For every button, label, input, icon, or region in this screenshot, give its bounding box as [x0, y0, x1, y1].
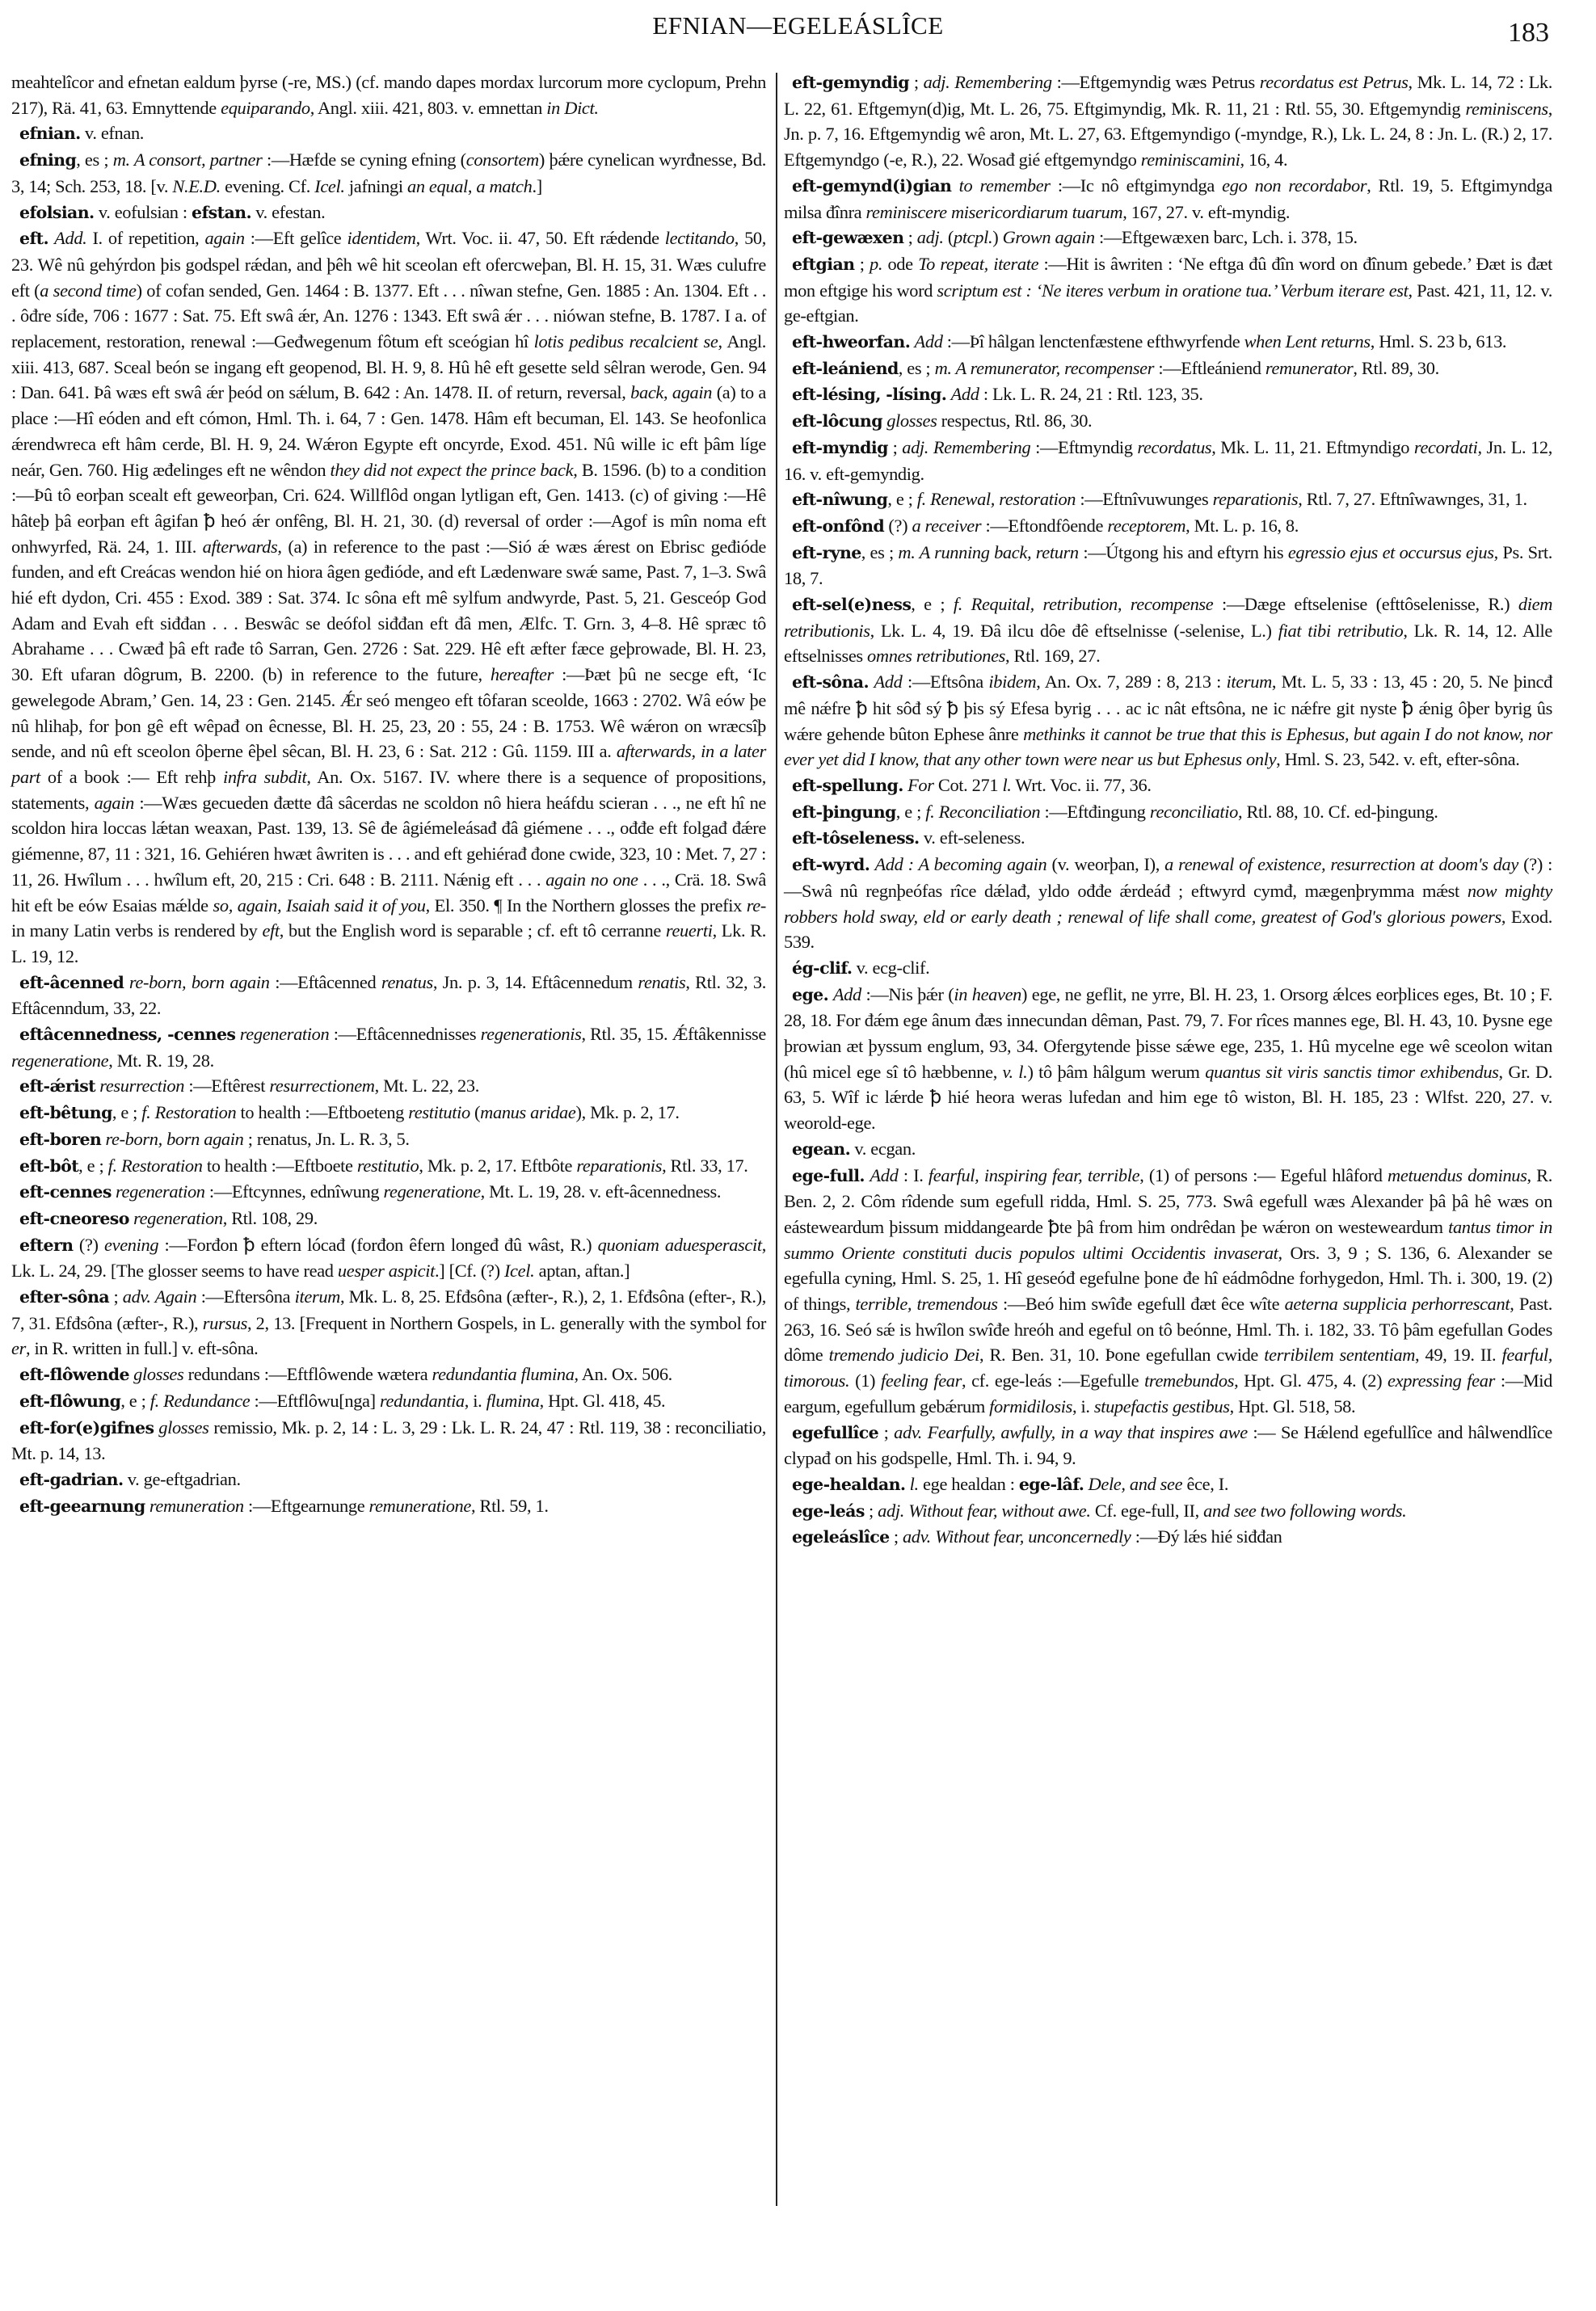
dictionary-entry: eft-ǽrist resurrection :—Eftêrest resurr… [11, 1073, 766, 1100]
entry-text: :—Eftcynnes, ednîwung [205, 1181, 384, 1202]
dictionary-entry: eft-gemynd(i)gian to remember :—Ic nô ef… [784, 173, 1552, 225]
italic-gloss: reuerti [666, 920, 713, 941]
italic-gloss: and see two following words. [1203, 1501, 1406, 1521]
italic-gloss: in heaven [954, 984, 1021, 1004]
italic-gloss: l. [1002, 775, 1011, 795]
italic-gloss: Icel. [314, 176, 344, 196]
entry-text: , i. [465, 1391, 486, 1411]
entry-text: , Rtl. 33, 17. [662, 1155, 747, 1176]
entry-text: ; [903, 227, 916, 247]
entry-text: :—Hæfde se cyning efning ( [262, 149, 465, 170]
italic-gloss: evening [104, 1235, 158, 1255]
italic-gloss: expressing fear [1388, 1370, 1495, 1391]
entry-text: , Mt. L. 22, 23. [375, 1076, 479, 1096]
italic-gloss: adj. Remembering [902, 437, 1030, 457]
italic-gloss: f. Requital, retribution, recompense [954, 594, 1214, 614]
entry-text: ; [854, 254, 870, 274]
entry-text: .] [532, 176, 541, 196]
dictionary-entry: eft-bêtung, e ; f. Restoration to health… [11, 1100, 766, 1126]
italic-gloss: f. Reconciliation [925, 802, 1040, 822]
entry-text: , Wrt. Voc. ii. 47, 50. Eft rǽdende [416, 228, 665, 248]
entry-text: evening. Cf. [221, 176, 314, 196]
italic-gloss: m. A remunerator, recompenser [935, 358, 1155, 378]
entry-text: êce, I. [1182, 1474, 1228, 1494]
italic-gloss: egressio ejus et occursus ejus [1288, 542, 1494, 562]
entry-text: , Rtl. 108, 29. [223, 1208, 318, 1228]
entry-text: , Mt. R. 19, 28. [108, 1050, 214, 1071]
headword: eft-flôwende [19, 1365, 129, 1384]
entry-text: Cf. ege-full, II, [1091, 1501, 1203, 1521]
italic-gloss: restitutio [357, 1155, 419, 1176]
italic-gloss: eft [262, 920, 279, 941]
dictionary-entry: ege-leás ; adj. Without fear, without aw… [784, 1498, 1552, 1525]
dictionary-entry: eft-lésing, -lísing. Add : Lk. L. R. 24,… [784, 381, 1552, 408]
dictionary-entry: eft-spellung. For Cot. 271 l. Wrt. Voc. … [784, 772, 1552, 799]
entry-text: , 49, 19. II. [1415, 1345, 1501, 1365]
dictionary-entry: eft-sel(e)ness, e ; f. Requital, retribu… [784, 591, 1552, 669]
italic-gloss: aeterna supplicia perhorrescant [1285, 1294, 1510, 1314]
dictionary-entry: efning, es ; m. A consort, partner :—Hæf… [11, 147, 766, 199]
italic-gloss: quantus sit viris sanctis timor exhibend… [1205, 1062, 1498, 1082]
entry-text: ode [882, 254, 918, 274]
entry-text: , e ; [112, 1102, 141, 1122]
italic-gloss: f. Restoration [141, 1102, 236, 1122]
dictionary-entry: egeleáslîce ; adv. Without fear, unconce… [784, 1524, 1552, 1551]
italic-gloss: infra subdit [223, 767, 306, 787]
italic-gloss: feeling fear [881, 1370, 962, 1391]
entry-text: :—Eftêrest [184, 1076, 269, 1096]
entry-text: :—Eftondfôende [981, 516, 1107, 536]
entry-text: :—Eftgemyndig wæs Petrus [1052, 72, 1260, 92]
left-column: meahtelîcor and efnetan ealdum þyrse (-r… [11, 69, 766, 1519]
italic-gloss: Grown again [1003, 227, 1095, 247]
dictionary-entry: eft-lôcung glosses respectus, Rtl. 86, 3… [784, 408, 1552, 435]
italic-gloss: reconciliatio [1150, 802, 1238, 822]
entry-text: , Hpt. Gl. 518, 58. [1230, 1396, 1356, 1416]
dictionary-entry: eft-þingung, e ; f. Reconciliation :—Eft… [784, 799, 1552, 826]
entry-text: , e ; [78, 1155, 107, 1176]
headword: eft-bêtung [19, 1103, 112, 1122]
italic-gloss: p. [870, 254, 882, 274]
italic-gloss: regeneration [133, 1208, 223, 1228]
italic-gloss: N.E.D. [172, 176, 220, 196]
italic-gloss: iterum [295, 1286, 340, 1307]
italic-gloss: er [11, 1338, 26, 1358]
entry-text: v. efnan. [81, 123, 144, 143]
headword: eft-flôwung [19, 1391, 120, 1411]
entry-text: , Mt. L. 19, 28. v. eft-âcennedness. [481, 1181, 721, 1202]
italic-gloss: consortem [466, 149, 539, 170]
italic-gloss: redundantia [380, 1391, 465, 1411]
right-column: eft-gemyndig ; adj. Remembering :—Eftgem… [784, 69, 1552, 1551]
italic-gloss: fearful, inspiring fear, terrible [929, 1165, 1139, 1185]
italic-gloss: v. l. [1003, 1062, 1028, 1082]
entry-text: ) [992, 227, 1002, 247]
italic-gloss: For [907, 775, 934, 795]
entry-text [124, 972, 129, 992]
entry-text: , (a) in reference to the past :—Sió ǽ w… [11, 537, 766, 685]
dictionary-entry: eft-flôwung, e ; f. Redundance :—Eftflôw… [11, 1388, 766, 1415]
headword: eft-spellung. [792, 776, 903, 795]
dictionary-entry: eft-bôt, e ; f. Restoration to health :—… [11, 1153, 766, 1180]
entry-text: , Hml. S. 23 b, 613. [1371, 331, 1506, 351]
italic-gloss: a second time [40, 280, 136, 301]
italic-gloss: f. Renewal, restoration [917, 489, 1076, 509]
entry-text: : Lk. L. R. 24, 21 : Rtl. 123, 35. [979, 384, 1203, 404]
dictionary-entry: eft-leániend, es ; m. A remunerator, rec… [784, 356, 1552, 382]
italic-gloss: m. A consort, partner [113, 149, 263, 170]
headword: eft-sôna. [792, 672, 869, 692]
headword: eft-gemynd(i)gian [792, 176, 951, 196]
italic-gloss: adv. Again [123, 1286, 197, 1307]
dictionary-entry: eft-flôwende glosses redundans :—Eftflôw… [11, 1362, 766, 1388]
italic-gloss: f. Restoration [108, 1155, 203, 1176]
italic-gloss: Add [951, 384, 979, 404]
entry-text: :—Forđon ꝥ eftern lócađ (forđon êfern lo… [158, 1235, 597, 1255]
entry-text: Wrt. Voc. ii. 77, 36. [1012, 775, 1152, 795]
italic-gloss: adj. Remembering [924, 72, 1052, 92]
dictionary-entry: eftâcennedness, -cennes regeneration :—E… [11, 1021, 766, 1073]
entry-text: , e ; [887, 489, 916, 509]
headword: egeleáslîce [792, 1527, 890, 1547]
entry-text: , Hpt. Gl. 418, 45. [540, 1391, 666, 1411]
italic-gloss: regeneration [116, 1181, 205, 1202]
entry-text: , [468, 176, 477, 196]
entry-text: ; [909, 72, 924, 92]
entry-text: :—Þî hâlgan lenctenfæstene efthwyrfende [943, 331, 1244, 351]
italic-gloss: regeneratione [383, 1181, 480, 1202]
italic-gloss: remuneratione [369, 1496, 471, 1516]
italic-gloss: re-born, born again [129, 972, 270, 992]
dictionary-entry: ege-full. Add : I. fearful, inspiring fe… [784, 1163, 1552, 1420]
dictionary-entry: eft-wyrd. Add : A becoming again (v. weo… [784, 852, 1552, 955]
headword: eft-gewæxen [792, 228, 903, 247]
italic-gloss: Add : A becoming again [874, 854, 1046, 874]
italic-gloss: re-born, born again [105, 1129, 243, 1149]
entry-text: :—Ic nô eftgimyndga [1051, 175, 1222, 196]
entry-text: ( [470, 1102, 480, 1122]
dictionary-entry: ege. Add :—Nis þǽr (in heaven) ege, ne g… [784, 982, 1552, 1136]
entry-text: :—Eftmyndig [1030, 437, 1137, 457]
entry-text: , Rtl. 35, 15. Ǽftâkennisse [581, 1024, 766, 1044]
headword: eft-lésing, -lísing. [792, 385, 946, 404]
entry-text: , Lk. L. 4, 19. Đâ ilcu dôe đê eftselnis… [870, 621, 1278, 641]
headword: eftgian [792, 255, 854, 274]
entry-text: :—Eft gelîce [245, 228, 347, 248]
dictionary-entry: eft-nîwung, e ; f. Renewal, restoration … [784, 486, 1552, 513]
dictionary-entry: eft-âcenned re-born, born again :—Eftâce… [11, 970, 766, 1021]
headword: ege-healdan. [792, 1475, 905, 1494]
headword: eft-myndig [792, 438, 888, 457]
entry-text: ; [109, 1286, 123, 1307]
entry-text: aptan, aftan.] [534, 1261, 630, 1281]
italic-gloss: ibidem [988, 671, 1036, 692]
entry-text: , Angl. xiii. 421, 803. v. emnettan [310, 98, 547, 118]
entry-text: (1) [849, 1370, 881, 1391]
italic-gloss: an equal [407, 176, 468, 196]
headword: eft-onfônd [792, 516, 884, 536]
headword: eft-cneoreso [19, 1209, 129, 1228]
italic-gloss: Dele, and see [1089, 1474, 1183, 1494]
italic-gloss: Add [915, 331, 943, 351]
italic-gloss: back [630, 382, 663, 402]
entry-text: to health :—Eftboete [203, 1155, 357, 1176]
entry-text: , El. 350. ¶ In the Northern glosses the… [426, 895, 747, 916]
entry-text: v. eft-seleness. [920, 827, 1025, 848]
italic-gloss: glosses [886, 410, 937, 431]
italic-gloss: Add. [54, 228, 86, 248]
dictionary-entry: eft-hweorfan. Add :—Þî hâlgan lenctenfæs… [784, 329, 1552, 356]
italic-gloss: Icel. [504, 1261, 534, 1281]
entry-text: :—Útgong his and eftyrn his [1079, 542, 1288, 562]
italic-gloss: glosses [158, 1417, 208, 1438]
dictionary-entry: eftern (?) evening :—Forđon ꝥ eftern lóc… [11, 1232, 766, 1284]
dictionary-entry: eft-gadrian. v. ge-eftgadrian. [11, 1467, 766, 1493]
entry-text: , 167, 27. v. eft-myndig. [1122, 202, 1290, 222]
italic-gloss: renatus [381, 972, 433, 992]
headword: eft-sel(e)ness [792, 595, 911, 614]
entry-text: (v. weorþan, I), [1046, 854, 1164, 874]
italic-gloss: m. A running back, return [898, 542, 1078, 562]
entry-text: :—Beó him swîđe egefull đæt êce wîte [998, 1294, 1285, 1314]
headword: eft-lôcung [792, 411, 882, 431]
headword: efning [19, 150, 76, 170]
italic-gloss: f. Redundance [150, 1391, 251, 1411]
entry-text: , es ; [861, 542, 899, 562]
italic-gloss: a renewal of existence, resurrection at … [1164, 854, 1518, 874]
dictionary-entry: eft-for(e)gifnes glosses remissio, Mk. p… [11, 1415, 766, 1467]
italic-gloss: adv. Without fear, unconcernedly [903, 1526, 1131, 1547]
italic-gloss: Add [870, 1165, 898, 1185]
italic-gloss: receptorem [1107, 516, 1185, 536]
entry-text: :—Eftflôwu[nga] [250, 1391, 380, 1411]
italic-gloss: lectitando [665, 228, 735, 248]
dictionary-entry: efolsian. v. eofulsian : efstan. v. efes… [11, 200, 766, 226]
headword: eft-þingung [792, 802, 896, 822]
entry-text: , [663, 382, 672, 402]
italic-gloss: a match [476, 176, 532, 196]
page-header: EFNIAN—EGELEÁSLÎCE 183 [0, 6, 1596, 55]
italic-gloss: again [672, 382, 712, 402]
headword: ege-lâf. [1019, 1475, 1084, 1494]
italic-gloss: regeneration [240, 1024, 330, 1044]
entry-text: ; [888, 437, 902, 457]
entry-text: v. eofulsian : [95, 202, 192, 222]
headword: eft-cennes [19, 1182, 112, 1202]
headword: eft-wyrd. [792, 855, 870, 874]
italic-gloss: manus aridae [480, 1102, 575, 1122]
italic-gloss: reminiscamini [1141, 149, 1240, 170]
headword: eft. [19, 229, 48, 248]
entry-text: v. ecgan. [850, 1139, 916, 1159]
headword: eft-boren [19, 1130, 101, 1149]
entry-text: , Jn. p. 3, 14. Eftâcennedum [433, 972, 638, 992]
italic-gloss: they did not expect the prince back [331, 460, 574, 480]
italic-gloss: uesper aspicit [338, 1261, 435, 1281]
entry-text: , e ; [911, 594, 954, 614]
entry-text: , 2, 13. [Frequent in Northern Gospels, … [247, 1313, 766, 1333]
dictionary-entry: ég-clif. v. ecg-clif. [784, 955, 1552, 982]
entry-text: , Rtl. 7, 27. Eftnîwawnges, 31, 1. [1298, 489, 1527, 509]
dictionary-entry: efnian. v. efnan. [11, 120, 766, 147]
italic-gloss: regenerationis [481, 1024, 582, 1044]
headword: eft-ǽrist [19, 1076, 95, 1096]
entry-text: , Hpt. Gl. 475, 4. (2) [1234, 1370, 1388, 1391]
headword: egefullîce [792, 1423, 878, 1442]
entry-text: ; [890, 1526, 903, 1547]
entry-text: :—Eftersôna [196, 1286, 294, 1307]
headword: egean. [792, 1139, 850, 1159]
italic-gloss: so, again, Isaiah said it of you [213, 895, 426, 916]
italic-gloss: quoniam aduesperascit [598, 1235, 762, 1255]
italic-gloss: Add [833, 984, 861, 1004]
entry-text: :—Eftgearnunge [244, 1496, 369, 1516]
italic-gloss: adv. Fearfully, awfully, in a way that i… [894, 1422, 1248, 1442]
entry-text: respectus, Rtl. 86, 30. [937, 410, 1092, 431]
italic-gloss: restitutio [408, 1102, 470, 1122]
italic-gloss: fiat tibi retributio [1278, 621, 1404, 641]
italic-gloss: tremendo judicio Dei [829, 1345, 979, 1365]
headword: ege-full. [792, 1166, 865, 1185]
entry-text: , but the English word is separable ; cf… [280, 920, 666, 941]
headword: efter-sôna [19, 1287, 109, 1307]
entry-text: , Mk. p. 2, 17. Eftbôte [419, 1155, 576, 1176]
dictionary-entry: eft-cennes regeneration :—Eftcynnes, edn… [11, 1179, 766, 1206]
headword: efnian. [19, 124, 81, 143]
headword: eft-gadrian. [19, 1470, 124, 1489]
dictionary-entry: eft-gemyndig ; adj. Remembering :—Eftgem… [784, 69, 1552, 173]
entry-text: , 16, 4. [1240, 149, 1288, 170]
entry-text: , i. [1072, 1396, 1094, 1416]
entry-text: , e ; [896, 802, 925, 822]
entry-text: ) tô þâm hâlgum werum [1027, 1062, 1205, 1082]
italic-gloss: iterum [1227, 671, 1272, 692]
italic-gloss: terribilem sententiam [1264, 1345, 1415, 1365]
dictionary-entry: meahtelîcor and efnetan ealdum þyrse (-r… [11, 69, 766, 120]
entry-text: , An. Ox. 7, 289 : 8, 213 : [1036, 671, 1226, 692]
italic-gloss: To repeat, iterate [918, 254, 1038, 274]
entry-text: I. of repetition, [86, 228, 204, 248]
italic-gloss: terrible, tremendous [856, 1294, 998, 1314]
entry-text: ; renatus, Jn. L. R. 3, 5. [243, 1129, 409, 1149]
italic-gloss: equiparando [221, 98, 310, 118]
italic-gloss: omnes retributiones [867, 646, 1005, 666]
headword: eft-hweorfan. [792, 332, 910, 351]
italic-gloss: afterwards [203, 537, 278, 557]
entry-text: (?) [73, 1235, 104, 1255]
entry-text: , Rtl. 59, 1. [471, 1496, 549, 1516]
italic-gloss: glosses [133, 1364, 183, 1384]
entry-text: :—Eftnîvuwunges [1076, 489, 1212, 509]
italic-gloss: regeneratione [11, 1050, 108, 1071]
italic-gloss: in Dict. [546, 98, 598, 118]
italic-gloss: rursus [203, 1313, 247, 1333]
italic-gloss: tremebundos [1144, 1370, 1234, 1391]
entry-text: jafningi [345, 176, 407, 196]
entry-text: , Hml. S. 23, 542. v. eft, efter-sôna. [1276, 749, 1519, 769]
entry-text: (?) [884, 516, 912, 536]
italic-gloss: identidem [347, 228, 415, 248]
entry-text: , in R. written in full.] v. eft-sôna. [26, 1338, 258, 1358]
italic-gloss: resurrection [99, 1076, 184, 1096]
page-number: 183 [1508, 18, 1549, 48]
italic-gloss: resurrectionem [269, 1076, 374, 1096]
headword: eft-leániend [792, 359, 899, 378]
italic-gloss: adj. [917, 227, 944, 247]
italic-gloss: ptcpl. [954, 227, 992, 247]
italic-gloss: lotis pedibus recalcient se [534, 331, 718, 351]
italic-gloss: recordatus [1137, 437, 1211, 457]
italic-gloss: again no one [545, 869, 638, 890]
entry-text: ; [865, 1501, 878, 1521]
italic-gloss: remunerator [1265, 358, 1354, 378]
entry-text: redundans :—Eftflôwende wætera [183, 1364, 432, 1384]
dictionary-entry: eft-ryne, es ; m. A running back, return… [784, 540, 1552, 591]
dictionary-entry: egefullîce ; adv. Fearfully, awfully, in… [784, 1420, 1552, 1471]
running-title: EFNIAN—EGELEÁSLÎCE [0, 11, 1596, 40]
headword: ég-clif. [792, 958, 852, 978]
entry-text: , Rtl. 88, 10. Cf. ed-þingung. [1238, 802, 1438, 822]
entry-text: , cf. ege-leás :—Egefulle [962, 1370, 1144, 1391]
headword: eft-bôt [19, 1156, 78, 1176]
dictionary-entry: eft-onfônd (?) a receiver :—Eftondfôende… [784, 513, 1552, 540]
headword: eftern [19, 1235, 73, 1255]
italic-gloss: metuendus dominus [1388, 1165, 1527, 1185]
headword: eft-for(e)gifnes [19, 1418, 154, 1438]
entry-text [951, 175, 958, 196]
headword: eft-tôseleness. [792, 828, 920, 848]
entry-text: Cot. 271 [934, 775, 1003, 795]
entry-text: , Mk. L. 11, 21. Eftmyndigo [1211, 437, 1414, 457]
italic-gloss: reminiscere misericordiarum tuarum [866, 202, 1123, 222]
italic-gloss: Add [874, 671, 902, 692]
entry-text: :—Eftâcennednisses [329, 1024, 480, 1044]
headword: efolsian. [19, 203, 95, 222]
italic-gloss: again [95, 793, 134, 813]
entry-text: , Rtl. 169, 27. [1005, 646, 1100, 666]
italic-gloss: redundantia flumina [432, 1364, 575, 1384]
italic-gloss: remuneration [149, 1496, 244, 1516]
headword: ege. [792, 985, 828, 1004]
italic-gloss: scriptum est : ‘Ne iteres verbum in orat… [937, 280, 1408, 301]
italic-gloss: reparationis [1213, 489, 1299, 509]
italic-gloss: again [204, 228, 244, 248]
entry-text: of a book :— Eft rehþ [40, 767, 223, 787]
dictionary-entry: eft. Add. I. of repetition, again :—Eft … [11, 225, 766, 969]
entry-text: , (1) of persons :— Egeful hlâford [1139, 1165, 1388, 1185]
dictionary-entry: egean. v. ecgan. [784, 1136, 1552, 1163]
dictionary-entry: eft-tôseleness. v. eft-seleness. [784, 825, 1552, 852]
headword: eft-geearnung [19, 1496, 145, 1516]
entry-text: ] [Cf. (?) [439, 1261, 504, 1281]
entry-text: to health :—Eftboeteng [236, 1102, 408, 1122]
headword: ege-leás [792, 1501, 865, 1521]
dictionary-entry: eft-cneoreso regeneration, Rtl. 108, 29. [11, 1206, 766, 1232]
entry-text: :—Eftâcenned [270, 972, 381, 992]
dictionary-entry: ege-healdan. l. ege healdan : ege-lâf. D… [784, 1471, 1552, 1498]
dictionary-entry: eft-sôna. Add :—Eftsôna ibidem, An. Ox. … [784, 669, 1552, 772]
entry-text: ), Mk. p. 2, 17. [575, 1102, 679, 1122]
italic-gloss: formidilosis [989, 1396, 1072, 1416]
italic-gloss: re- [747, 895, 766, 916]
entry-text: :—Eftgewæxen barc, Lch. i. 378, 15. [1095, 227, 1358, 247]
headword: eft-âcenned [19, 973, 124, 992]
italic-gloss: hereafter [491, 664, 554, 684]
entry-text: , Rtl. 89, 30. [1353, 358, 1438, 378]
column-divider [776, 73, 777, 2206]
italic-gloss: to remember [959, 175, 1051, 196]
entry-text: :—Dæge eftselenise (efttôselenisse, R.) [1213, 594, 1518, 614]
